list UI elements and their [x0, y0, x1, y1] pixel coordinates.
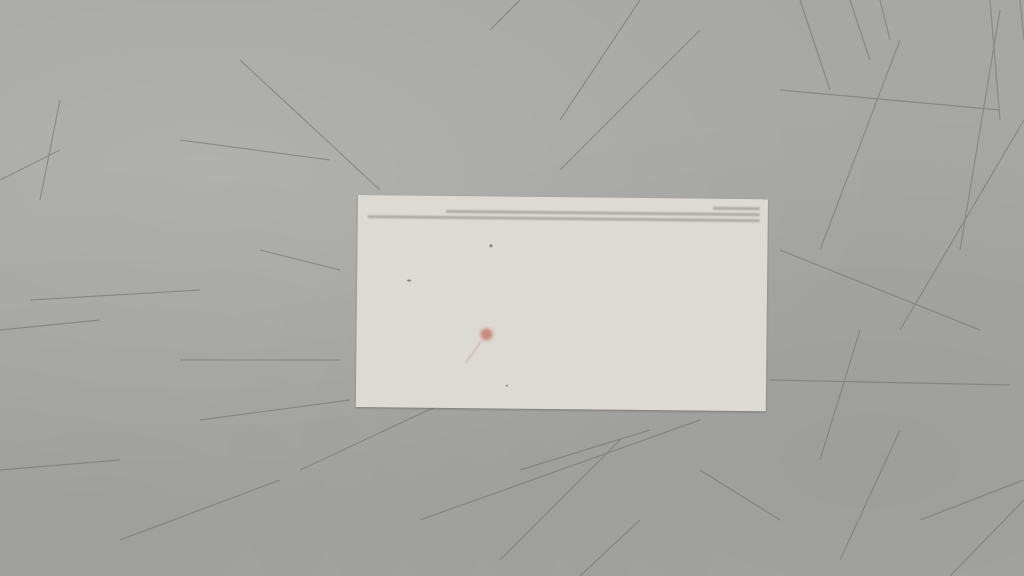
- dark-speck: [407, 280, 411, 282]
- card-text-line: [713, 207, 760, 210]
- stain-trail: [465, 341, 482, 363]
- card-printed-text-upside-down: [368, 203, 760, 222]
- paper-card: [356, 195, 768, 411]
- dark-speck: [506, 385, 508, 387]
- red-stain: [480, 328, 492, 340]
- card-text-line: [368, 215, 760, 222]
- dark-speck: [489, 244, 492, 247]
- card-text-line: [446, 210, 760, 216]
